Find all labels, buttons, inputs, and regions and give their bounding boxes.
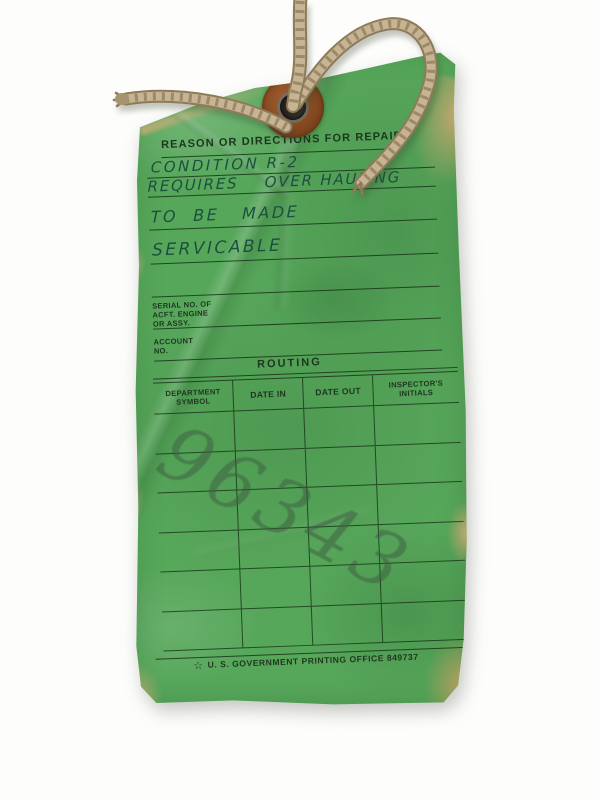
tag-content: REASON OR DIRECTIONS FOR REPAIR CONDITIO… xyxy=(121,44,480,711)
photo-scene: REASON OR DIRECTIONS FOR REPAIR CONDITIO… xyxy=(0,0,600,800)
repair-tag: REASON OR DIRECTIONS FOR REPAIR CONDITIO… xyxy=(133,50,467,705)
column-header-date-in: DATE IN xyxy=(233,378,304,412)
column-header-date-out: DATE OUT xyxy=(303,375,374,409)
table-cell xyxy=(304,406,375,448)
grommet xyxy=(262,76,324,138)
account-number-label: ACCOUNT NO. xyxy=(153,336,193,356)
table-cell xyxy=(242,606,313,648)
ruled-line xyxy=(152,286,440,298)
column-header-inspectors-initials: INSPECTOR'S INITIALS xyxy=(373,372,459,406)
table-cell xyxy=(159,530,240,573)
serial-number-label: SERIAL NO. OF ACFT. ENGINE OR ASSY. xyxy=(152,299,212,328)
grommet-hole xyxy=(277,91,309,123)
printing-office-text: U. S. GOVERNMENT PRINTING OFFICE 849737 xyxy=(207,652,418,670)
table-cell xyxy=(376,442,462,485)
table-cell xyxy=(240,567,311,609)
handwritten-line: TO BE MADE xyxy=(151,202,300,227)
handwritten-line: SERVICABLE xyxy=(152,236,283,261)
table-cell xyxy=(374,403,460,446)
repair-tag-wrapper: REASON OR DIRECTIONS FOR REPAIR CONDITIO… xyxy=(0,0,600,800)
table-cell xyxy=(160,569,241,612)
table-cell xyxy=(162,609,243,652)
table-cell xyxy=(312,604,383,646)
table-cell xyxy=(382,600,468,643)
star-icon: ☆ xyxy=(193,660,204,672)
